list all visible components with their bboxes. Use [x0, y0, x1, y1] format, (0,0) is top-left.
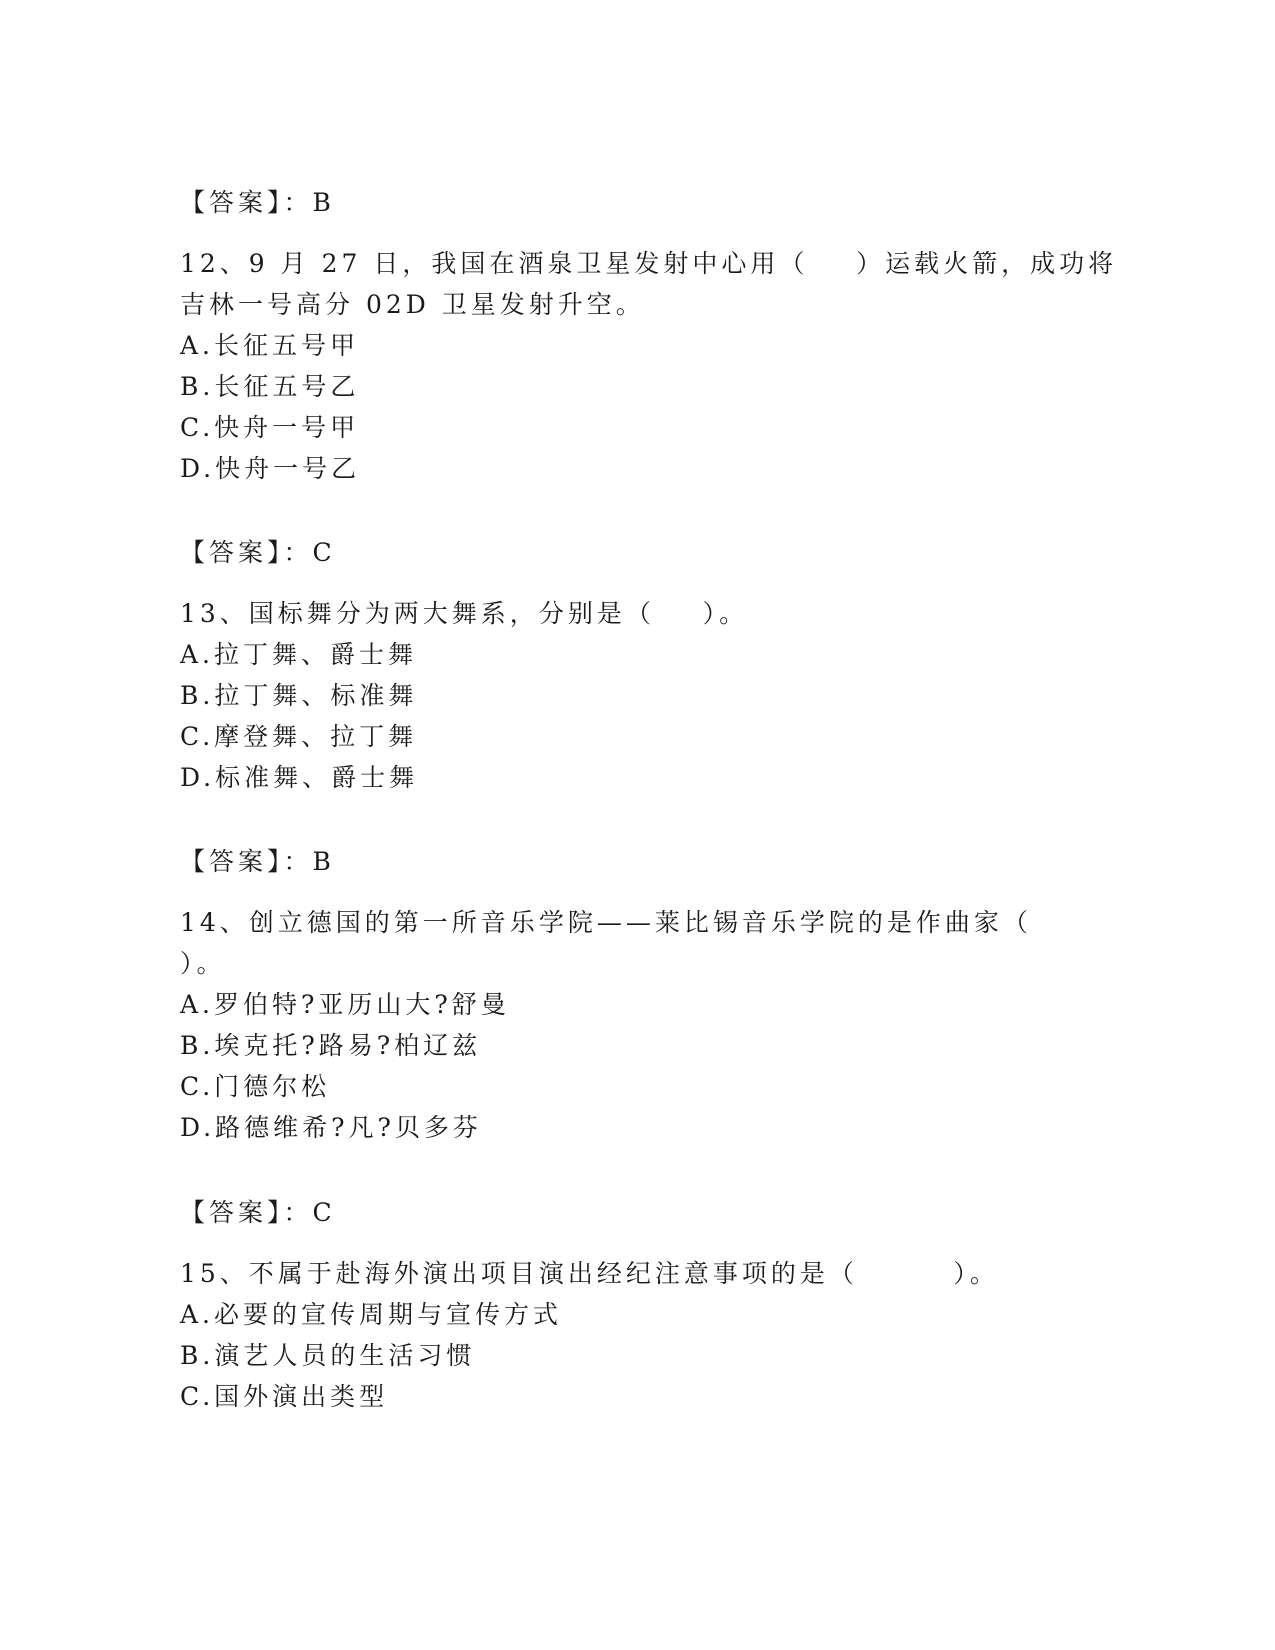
- question-12-option-a: A.长征五号甲: [180, 329, 359, 363]
- question-13-option-a: A.拉丁舞、爵士舞: [180, 638, 417, 672]
- question-12-stem-line-2: 吉林一号高分 02D 卫星发射升空。: [180, 288, 645, 322]
- question-15-option-b: B.演艺人员的生活习惯: [180, 1339, 475, 1373]
- question-13-option-c: C.摩登舞、拉丁舞: [180, 720, 417, 754]
- question-14-option-d: D.路德维希?凡?贝多芬: [180, 1111, 482, 1145]
- question-13-stem: 13、国标舞分为两大舞系，分别是（ ）。: [180, 597, 748, 631]
- question-14-option-c: C.门德尔松: [180, 1070, 330, 1104]
- question-15-stem: 15、不属于赴海外演出项目演出经纪注意事项的是（ ）。: [180, 1257, 999, 1291]
- question-15-option-a: A.必要的宣传周期与宣传方式: [180, 1298, 562, 1332]
- question-14-stem-line-2: ）。: [180, 947, 226, 981]
- question-14-option-b: B.埃克托?路易?柏辽兹: [180, 1029, 481, 1063]
- question-13-option-b: B.拉丁舞、标准舞: [180, 679, 417, 713]
- question-13-option-d: D.标准舞、爵士舞: [180, 761, 418, 795]
- question-12-option-b: B.长征五号乙: [180, 370, 359, 404]
- question-12-option-d: D.快舟一号乙: [180, 452, 360, 486]
- question-15-option-c: C.国外演出类型: [180, 1380, 388, 1414]
- answer-line: 【答案】：B: [180, 186, 335, 220]
- answer-line: 【答案】：C: [180, 536, 336, 570]
- question-14-stem-line-1: 14、创立德国的第一所音乐学院——莱比锡音乐学院的是作曲家（: [180, 906, 1032, 940]
- question-14-option-a: A.罗伯特?亚历山大?舒曼: [180, 988, 510, 1022]
- question-12-stem-line-1: 12、9 月 27 日，我国在酒泉卫星发射中心用（ ）运载火箭，成功将: [180, 247, 1117, 281]
- question-12-option-c: C.快舟一号甲: [180, 411, 359, 445]
- answer-line: 【答案】：C: [180, 1196, 336, 1230]
- document-page: 【答案】：B 12、9 月 27 日，我国在酒泉卫星发射中心用（ ）运载火箭，成…: [0, 0, 1275, 1650]
- answer-line: 【答案】：B: [180, 845, 335, 879]
